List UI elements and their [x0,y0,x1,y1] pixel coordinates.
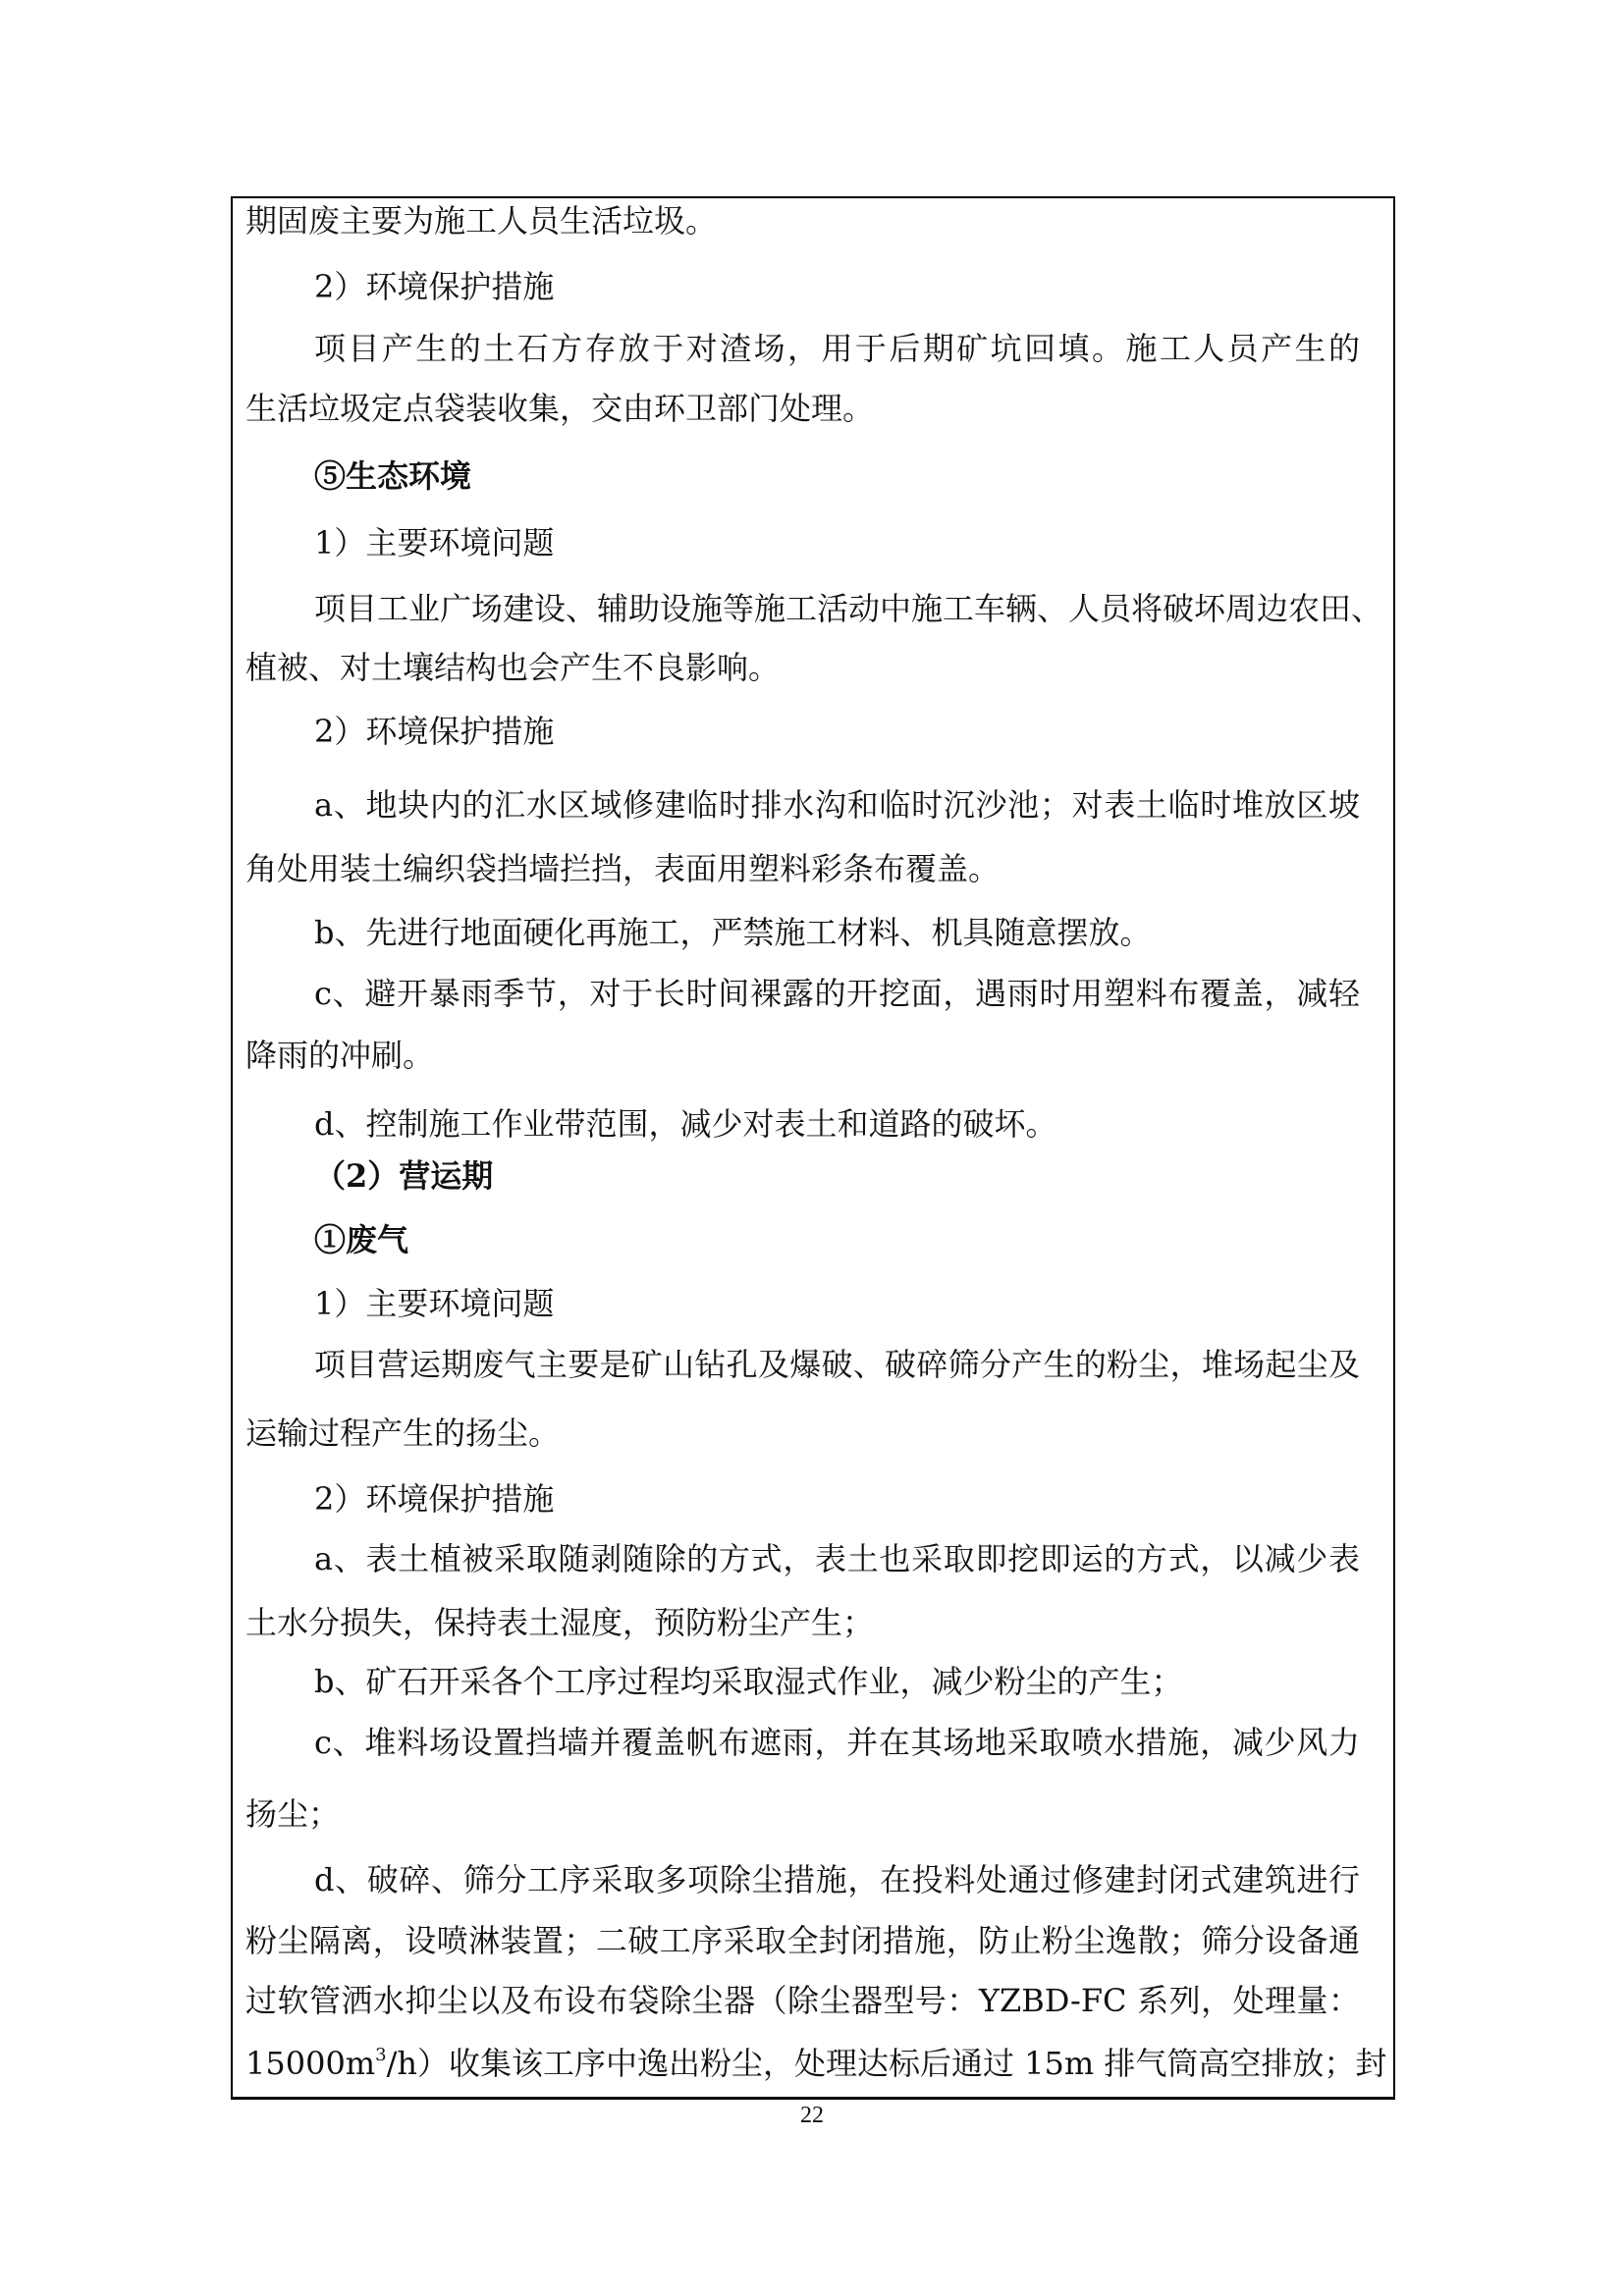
subheading: 2）环境保护措施 [314,712,1360,751]
text-line-rest: /h）收集该工序中逸出粉尘，处理达标后通过 15m 排气筒高空排放；封 [387,2045,1387,2082]
flow-rate-value: 15000m [245,2045,375,2082]
text-line: a、表土植被采取随剥随除的方式，表土也采取即挖即运的方式，以减少表 [314,1539,1360,1578]
text-line: 项目产生的土石方存放于对渣场，用于后期矿坑回填。施工人员产生的 [314,329,1360,368]
superscript: 3 [375,2045,386,2065]
text-line: d、控制施工作业带范围，减少对表土和道路的破坏。 [314,1104,1360,1144]
text-line: 2）环境保护措施 [314,267,1360,306]
text-line: c、避开暴雨季节，对于长时间裸露的开挖面，遇雨时用塑料布覆盖，减轻 [314,974,1360,1013]
page-number: 22 [783,2101,841,2130]
text-line: b、矿石开采各个工序过程均采取湿式作业，减少粉尘的产生； [314,1662,1360,1701]
text-line: b、先进行地面硬化再施工，严禁施工材料、机具随意摆放。 [314,913,1360,952]
text-line: 角处用装土编织袋挡墙拦挡，表面用塑料彩条布覆盖。 [245,849,1360,888]
text-line: 生活垃圾定点袋装收集，交由环卫部门处理。 [245,389,1360,428]
text-line: c、堆料场设置挡墙并覆盖帆布遮雨，并在其场地采取喷水措施，减少风力 [314,1723,1360,1762]
text-line: 降雨的冲刷。 [245,1036,1360,1075]
section-heading-operation: （2）营运期 [314,1156,1360,1196]
text-line: 运输过程产生的扬尘。 [245,1414,1360,1453]
text-line: 土水分损失，保持表土湿度，预防粉尘产生； [245,1603,1360,1642]
text-line: 过软管洒水抑尘以及布设布袋除尘器（除尘器型号：YZBD-FC 系列，处理量： [245,1981,1360,2020]
subheading: 1）主要环境问题 [314,1284,1360,1323]
text-line: 粉尘隔离，设喷淋装置；二破工序采取全封闭措施，防止粉尘逸散；筛分设备通 [245,1921,1360,1960]
text-line: 项目营运期废气主要是矿山钻孔及爆破、破碎筛分产生的粉尘，堆场起尘及 [314,1345,1360,1384]
text-line: 期固废主要为施工人员生活垃圾。 [245,201,1360,240]
text-line-last: 15000m3/h）收集该工序中逸出粉尘，处理达标后通过 15m 排气筒高空排放… [245,2044,1360,2083]
section-heading-waste-gas: ①废气 [314,1220,1360,1259]
subheading: 1）主要环境问题 [314,523,1360,562]
text-line: 植被、对土壤结构也会产生不良影响。 [245,648,1360,687]
text-line: d、破碎、筛分工序采取多项除尘措施，在投料处通过修建封闭式建筑进行 [314,1860,1360,1899]
subheading: 2）环境保护措施 [314,1479,1360,1519]
text-line: a、地块内的汇水区域修建临时排水沟和临时沉沙池；对表土临时堆放区坡 [314,785,1360,825]
text-line: 项目工业广场建设、辅助设施等施工活动中施工车辆、人员将破坏周边农田、 [314,589,1360,628]
text-line: 扬尘； [245,1794,1360,1834]
section-heading-ecology: ⑤生态环境 [314,456,1360,496]
